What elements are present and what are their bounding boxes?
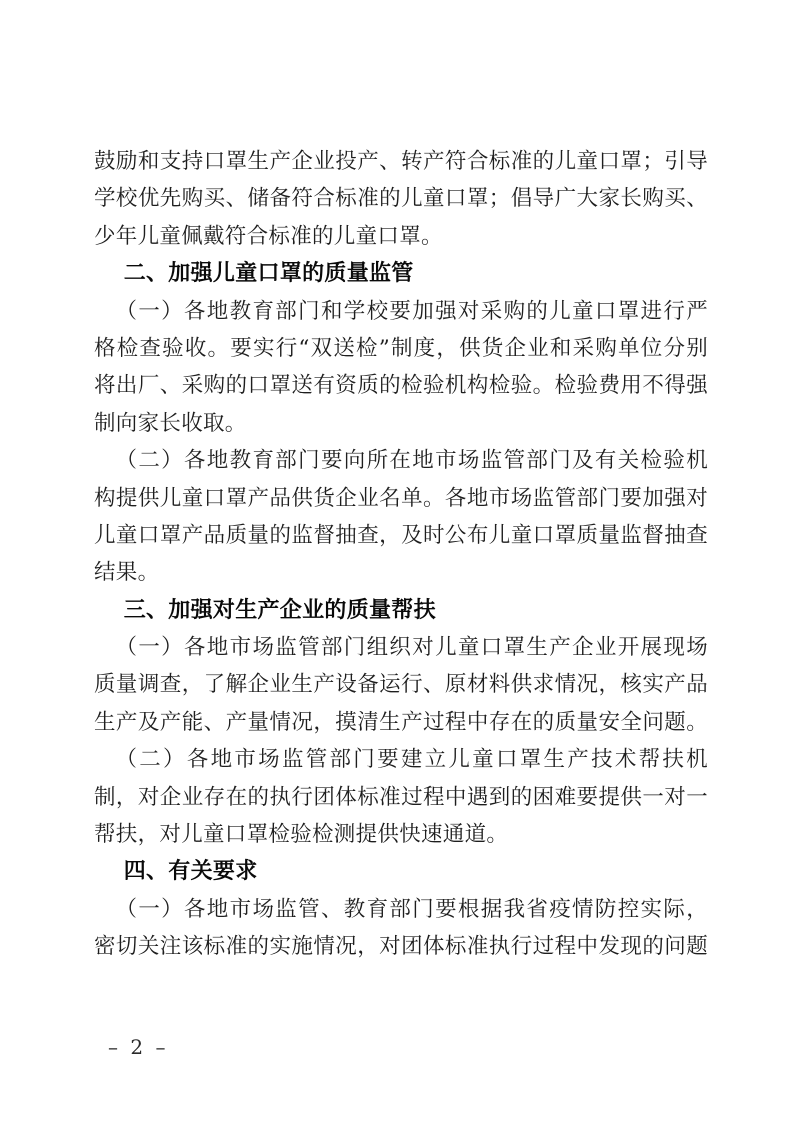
paragraph-line: 儿童口罩产品质量的监督抽查，及时公布儿童口罩质量监督抽查 [94,517,708,554]
paragraph-line: 构提供儿童口罩产品供货企业名单。各地市场监管部门要加强对 [94,480,708,517]
paragraph-line: （二）各地教育部门要向所在地市场监管部门及有关检验机 [94,442,708,479]
section-heading: 四、有关要求 [94,853,708,890]
document-body: 鼓励和支持口罩生产企业投产、转产符合标准的儿童口罩；引导 学校优先购买、储备符合… [94,143,708,966]
paragraph-line: 密切关注该标准的实施情况，对团体标准执行过程中发现的问题 [94,928,708,965]
paragraph-line: 将出厂、采购的口罩送有资质的检验机构检验。检验费用不得强 [94,367,708,404]
paragraph-line: 生产及产能、产量情况，摸清生产过程中存在的质量安全问题。 [94,704,708,741]
paragraph-line: （二）各地市场监管部门要建立儿童口罩生产技术帮扶机 [94,741,708,778]
paragraph-line: （一）各地教育部门和学校要加强对采购的儿童口罩进行严 [94,293,708,330]
document-page: 鼓励和支持口罩生产企业投产、转产符合标准的儿童口罩；引导 学校优先购买、储备符合… [0,0,793,1122]
paragraph-line: 帮扶，对儿童口罩检验检测提供快速通道。 [94,816,708,853]
paragraph-line: 学校优先购买、储备符合标准的儿童口罩；倡导广大家长购买、 [94,180,708,217]
paragraph-line: 鼓励和支持口罩生产企业投产、转产符合标准的儿童口罩；引导 [94,143,708,180]
section-heading: 二、加强儿童口罩的质量监管 [94,255,708,292]
page-number: – 2 – [108,1034,168,1060]
section-heading: 三、加强对生产企业的质量帮扶 [94,592,708,629]
paragraph-line: 制向家长收取。 [94,405,708,442]
paragraph-line: 质量调查，了解企业生产设备运行、原材料供求情况，核实产品 [94,666,708,703]
paragraph-line: 格检查验收。要实行“双送检”制度，供货企业和采购单位分别 [94,330,708,367]
paragraph-line: （一）各地市场监管、教育部门要根据我省疫情防控实际， [94,891,708,928]
paragraph-line: 结果。 [94,554,708,591]
paragraph-line: 少年儿童佩戴符合标准的儿童口罩。 [94,218,708,255]
paragraph-line: 制，对企业存在的执行团体标准过程中遇到的困难要提供一对一 [94,779,708,816]
paragraph-line: （一）各地市场监管部门组织对儿童口罩生产企业开展现场 [94,629,708,666]
